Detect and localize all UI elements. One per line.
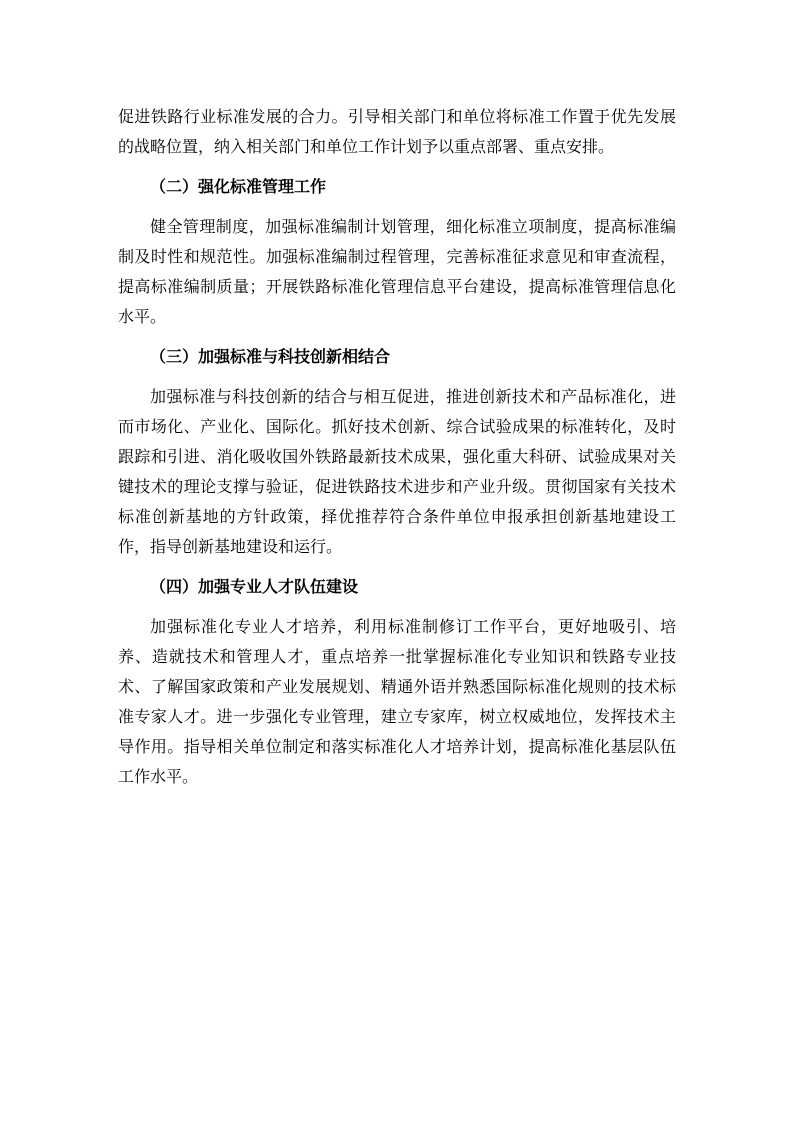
document-content: 促进铁路行业标准发展的合力。引导相关部门和单位将标准工作置于优先发展的战略位置，… <box>118 103 676 793</box>
paragraph-continuation: 促进铁路行业标准发展的合力。引导相关部门和单位将标准工作置于优先发展的战略位置，… <box>118 103 676 163</box>
document-page: 促进铁路行业标准发展的合力。引导相关部门和单位将标准工作置于优先发展的战略位置，… <box>0 0 793 1122</box>
section-heading-2: （二）强化标准管理工作 <box>118 173 676 203</box>
paragraph-standard-management: 健全管理制度，加强标准编制计划管理，细化标准立项制度，提高标准编制及时性和规范性… <box>118 213 676 333</box>
paragraph-talent-team: 加强标准化专业人才培养，利用标准制修订工作平台，更好地吸引、培养、造就技术和管理… <box>118 613 676 793</box>
section-heading-4: （四）加强专业人才队伍建设 <box>118 573 676 603</box>
paragraph-tech-innovation: 加强标准与科技创新的结合与相互促进，推进创新技术和产品标准化，进而市场化、产业化… <box>118 383 676 563</box>
section-heading-3: （三）加强标准与科技创新相结合 <box>118 343 676 373</box>
